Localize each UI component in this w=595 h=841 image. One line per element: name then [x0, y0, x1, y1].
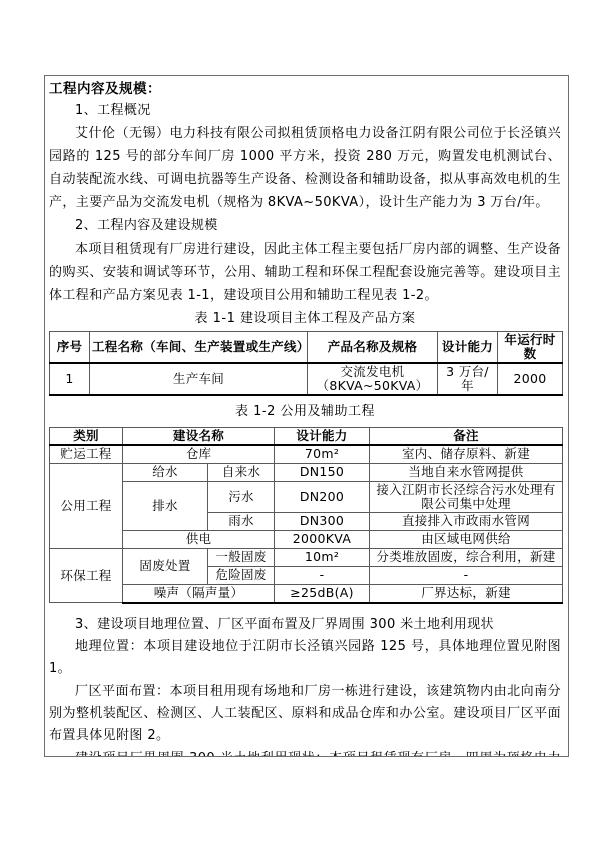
paragraph-location: 地理位置：本项目建设地位于江阴市长泾镇兴园路 125 号，具体地理位置见附图 1… [49, 636, 561, 681]
paragraph-overview: 艾什伦（无锡）电力科技有限公司拟租赁顶格电力设备江阴有限公司位于长泾镇兴园路的 … [49, 122, 561, 214]
paragraph-plant-layout: 厂区平面布置：本项目租用现有场地和厂房一栋进行建设，该建筑物内由北向南分别为整机… [49, 681, 561, 748]
cell-sewage-capacity: DN200 [275, 481, 370, 512]
cell-power-capacity: 2000KVA [275, 530, 370, 548]
cell-general-solid-note: 分类堆放固废，综合利用，新建 [370, 548, 563, 566]
cell-hazardous-solid-capacity: - [275, 566, 370, 584]
cell-tap-water-capacity: DN150 [275, 463, 370, 481]
table1-header-no: 序号 [50, 331, 90, 363]
section-title: 工程内容及规模： [49, 79, 561, 99]
row-storage: 贮运工程 仓库 70m² 室内、储存原料、新建 [50, 445, 563, 464]
cell-rainwater: 雨水 [208, 512, 275, 530]
table2-header-row: 类别 建设名称 设计能力 备注 [50, 427, 563, 445]
table1-header-product: 产品名称及规格 [308, 331, 438, 363]
cell-utility-category: 公用工程 [50, 463, 123, 548]
cell-noise-capacity: ≥25dB(A) [275, 584, 370, 603]
heading-2: 2、工程内容及建设规模 [49, 214, 561, 237]
table2-header-category: 类别 [50, 427, 123, 445]
cell-hazardous-solid-note: - [370, 566, 563, 584]
row-sewage: 排水 污水 DN200 接入江阴市长泾综合污水处理有限公司集中处理 [50, 481, 563, 512]
document-page: { "document": { "title": "工程内容及规模：", "se… [0, 0, 595, 841]
cell-noise-note: 厂界达标，新建 [370, 584, 563, 603]
paragraph-scale: 本项目租赁现有厂房进行建设，因此主体工程主要包括厂房内部的调整、生产设备的购买、… [49, 238, 561, 307]
row-noise: 噪声（隔声量） ≥25dB(A) 厂界达标，新建 [50, 584, 563, 603]
cell-sewage-note: 接入江阴市长泾综合污水处理有限公司集中处理 [370, 481, 563, 512]
table1-header-hours: 年运行时数 [498, 331, 563, 363]
cell-product: 交流发电机 （8KVA~50KVA） [308, 363, 438, 395]
cell-power: 供电 [123, 530, 275, 548]
cell-power-note: 由区域电网供给 [370, 530, 563, 548]
table1-header-capacity: 设计能力 [438, 331, 498, 363]
table1-header-name: 工程名称（车间、生产装置或生产线） [90, 331, 308, 363]
cell-hazardous-solid: 危险固废 [208, 566, 275, 584]
row-power: 供电 2000KVA 由区域电网供给 [50, 530, 563, 548]
cell-noise: 噪声（隔声量） [123, 584, 275, 603]
cell-product-line2: （8KVA~50KVA） [310, 379, 435, 393]
table1-caption: 表 1-1 建设项目主体工程及产品方案 [49, 308, 561, 330]
cell-storage-category: 贮运工程 [50, 445, 123, 464]
row-water-supply: 公用工程 给水 自来水 DN150 当地自来水管网提供 [50, 463, 563, 481]
cell-no: 1 [50, 363, 90, 395]
section-3: 3、建设项目地理位置、厂区平面布置及厂界周围 300 米土地利用现状 地理位置：… [49, 614, 561, 757]
cell-solid-waste-disposal: 固废处置 [123, 548, 208, 584]
cell-tap-water: 自来水 [208, 463, 275, 481]
cell-tap-water-note: 当地自来水管网提供 [370, 463, 563, 481]
cell-warehouse-note: 室内、储存原料、新建 [370, 445, 563, 464]
heading-1: 1、工程概况 [49, 99, 561, 122]
cell-warehouse-capacity: 70m² [275, 445, 370, 464]
table2-header-name: 建设名称 [123, 427, 275, 445]
table2-caption: 表 1-2 公用及辅助工程 [49, 401, 561, 422]
form-cell-project-content: 工程内容及规模： 1、工程概况 艾什伦（无锡）电力科技有限公司拟租赁顶格电力设备… [44, 75, 569, 757]
paragraph-land-use: 建设项目厂界周围 300 米土地利用现状：本项目租赁现有厂房，四周为顶格电力设备… [49, 748, 561, 757]
cell-general-solid-capacity: 10m² [275, 548, 370, 566]
cell-general-solid: 一般固废 [208, 548, 275, 566]
cell-water-supply: 给水 [123, 463, 208, 481]
cell-env-category: 环保工程 [50, 548, 123, 603]
table2-header-capacity: 设计能力 [275, 427, 370, 445]
cell-warehouse: 仓库 [123, 445, 275, 464]
row-general-solid-waste: 环保工程 固废处置 一般固废 10m² 分类堆放固废，综合利用，新建 [50, 548, 563, 566]
cell-sewage: 污水 [208, 481, 275, 512]
table1-header-row: 序号 工程名称（车间、生产装置或生产线） 产品名称及规格 设计能力 年运行时数 [50, 331, 563, 363]
table-main-works: 序号 工程名称（车间、生产装置或生产线） 产品名称及规格 设计能力 年运行时数 … [49, 331, 563, 396]
table-auxiliary-works: 类别 建设名称 设计能力 备注 贮运工程 仓库 70m² 室内、储存原料、新建 … [49, 427, 563, 604]
cell-rainwater-note: 直接排入市政雨水管网 [370, 512, 563, 530]
cell-hours: 2000 [498, 363, 563, 395]
cell-product-line1: 交流发电机 [310, 365, 435, 379]
cell-drainage: 排水 [123, 481, 208, 530]
cell-rainwater-capacity: DN300 [275, 512, 370, 530]
table1-data-row: 1 生产车间 交流发电机 （8KVA~50KVA） 3 万台/年 2000 [50, 363, 563, 395]
table2-header-note: 备注 [370, 427, 563, 445]
heading-3: 3、建设项目地理位置、厂区平面布置及厂界周围 300 米土地利用现状 [49, 614, 561, 636]
cell-capacity: 3 万台/年 [438, 363, 498, 395]
cell-workshop: 生产车间 [90, 363, 308, 395]
